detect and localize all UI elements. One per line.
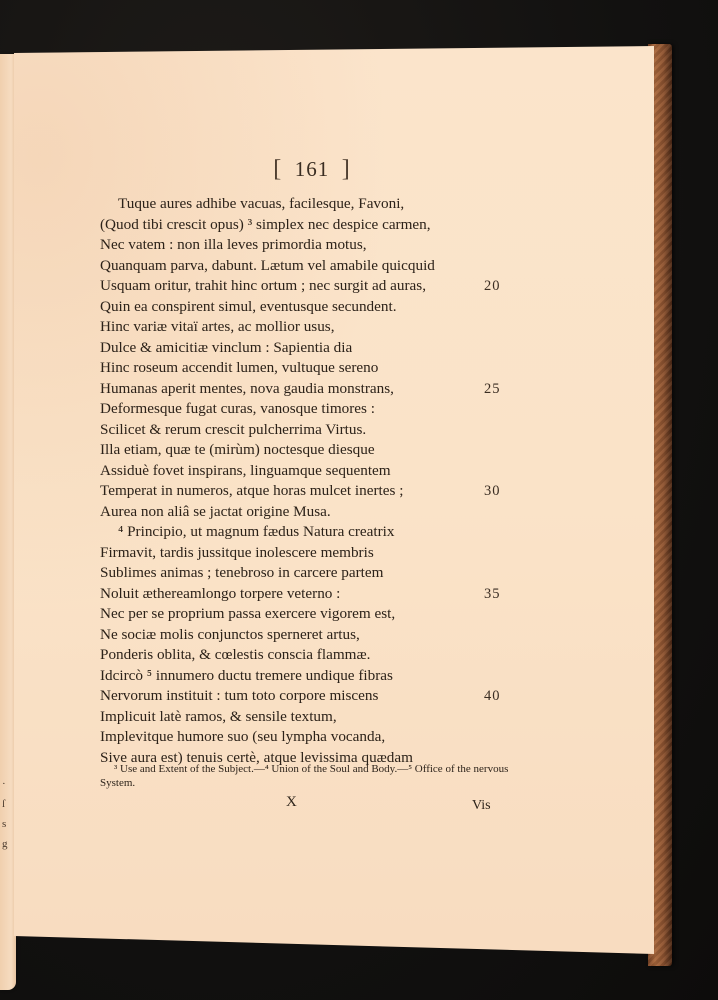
verse-line-text: (Quod tibi crescit opus) ³ simplex nec d… xyxy=(100,216,431,233)
verse-line: Usquam oritur, trahit hinc ortum ; nec s… xyxy=(100,276,580,297)
verse-line-text: Scilicet & rerum crescit pulcherrima Vir… xyxy=(100,421,366,438)
verse-line: Deformesque fugat curas, vanosque timore… xyxy=(100,399,580,420)
verse-line: Assiduè fovet inspirans, linguamque sequ… xyxy=(100,461,580,482)
verse-line: Illa etiam, quæ te (mirùm) noctesque die… xyxy=(100,440,580,461)
line-number: 20 xyxy=(484,276,501,297)
verse-body: Tuque aures adhibe vacuas, facilesque, F… xyxy=(100,194,580,768)
line-number: 25 xyxy=(484,379,501,400)
verse-line-text: Tuque aures adhibe vacuas, facilesque, F… xyxy=(118,195,404,212)
verse-line: (Quod tibi crescit opus) ³ simplex nec d… xyxy=(100,215,580,236)
verse-line: Quin ea conspirent simul, eventusque sec… xyxy=(100,297,580,318)
verse-line-text: Hinc variæ vitaï artes, ac mollior usus, xyxy=(100,318,335,335)
verse-line-text: Noluit æthereamlongo torpere veterno : xyxy=(100,585,340,602)
verse-line-text: Illa etiam, quæ te (mirùm) noctesque die… xyxy=(100,441,375,458)
verse-line-text: Aurea non aliâ se jactat origine Musa. xyxy=(100,503,331,520)
verse-line: Dulce & amicitiæ vinclum : Sapientia dia xyxy=(100,338,580,359)
verse-line-text: Ponderis oblita, & cœlestis conscia flam… xyxy=(100,646,370,663)
verse-line: Hinc variæ vitaï artes, ac mollior usus, xyxy=(100,317,580,338)
signature-mark: X xyxy=(286,794,297,811)
book-photo: ·ſsg [ 161 ] Tuque aures adhibe vacuas, … xyxy=(0,0,718,1000)
verse-line-text: Humanas aperit mentes, nova gaudia monst… xyxy=(100,380,394,397)
verse-line: ⁴ Principio, ut magnum fædus Natura crea… xyxy=(100,522,580,543)
verse-line-text: Sublimes animas ; tenebroso in carcere p… xyxy=(100,564,383,581)
bracket-open: [ xyxy=(273,156,282,182)
verse-line-text: Deformesque fugat curas, vanosque timore… xyxy=(100,400,375,417)
verse-line-text: Quanquam parva, dabunt. Lætum vel amabil… xyxy=(100,257,435,274)
page-number: [ 161 ] xyxy=(252,156,372,183)
verse-line-text: Assiduè fovet inspirans, linguamque sequ… xyxy=(100,462,391,479)
verse-line: Idcircò ⁵ innumero ductu tremere undique… xyxy=(100,666,580,687)
verse-line: Nec vatem : non illa leves primordia mot… xyxy=(100,235,580,256)
page-number-value: 161 xyxy=(295,157,330,181)
book-page: [ 161 ] Tuque aures adhibe vacuas, facil… xyxy=(14,46,654,954)
verse-line-text: Nervorum instituit : tum toto corpore mi… xyxy=(100,687,378,704)
verse-line-text: Implicuit latè ramos, & sensile textum, xyxy=(100,708,337,725)
verse-line: Noluit æthereamlongo torpere veterno :35 xyxy=(100,584,580,605)
verse-line: Implevitque humore suo (seu lympha vocan… xyxy=(100,727,580,748)
verse-line: Quanquam parva, dabunt. Lætum vel amabil… xyxy=(100,256,580,277)
verse-line: Scilicet & rerum crescit pulcherrima Vir… xyxy=(100,420,580,441)
verse-line: Tuque aures adhibe vacuas, facilesque, F… xyxy=(100,194,580,215)
verse-line-text: Nec per se proprium passa exercere vigor… xyxy=(100,605,395,622)
verse-line: Ponderis oblita, & cœlestis conscia flam… xyxy=(100,645,580,666)
line-number: 35 xyxy=(484,584,501,605)
verse-line: Aurea non aliâ se jactat origine Musa. xyxy=(100,502,580,523)
catchword: Vis xyxy=(472,798,491,814)
verse-line-text: Hinc roseum accendit lumen, vultuque ser… xyxy=(100,359,378,376)
verse-line-text: Idcircò ⁵ innumero ductu tremere undique… xyxy=(100,667,393,684)
verse-line-text: ⁴ Principio, ut magnum fædus Natura crea… xyxy=(118,523,395,540)
verse-line: Implicuit latè ramos, & sensile textum, xyxy=(100,707,580,728)
verse-line-text: Quin ea conspirent simul, eventusque sec… xyxy=(100,298,397,315)
previous-page-edge: ·ſsg xyxy=(0,54,16,990)
verse-line-text: Nec vatem : non illa leves primordia mot… xyxy=(100,236,367,253)
verse-line-text: Firmavit, tardis jussitque inolescere me… xyxy=(100,544,374,561)
verse-line-text: Dulce & amicitiæ vinclum : Sapientia dia xyxy=(100,339,352,356)
bracket-close: ] xyxy=(342,156,351,182)
verse-line-text: Temperat in numeros, atque horas mulcet … xyxy=(100,482,403,499)
verse-line: Nec per se proprium passa exercere vigor… xyxy=(100,604,580,625)
verse-line-text: Ne sociæ molis conjunctos sperneret artu… xyxy=(100,626,360,643)
verse-line: Sublimes animas ; tenebroso in carcere p… xyxy=(100,563,580,584)
verse-line: Hinc roseum accendit lumen, vultuque ser… xyxy=(100,358,580,379)
verse-line-text: Implevitque humore suo (seu lympha vocan… xyxy=(100,728,385,745)
previous-page-text-fragments: ·ſsg xyxy=(2,774,12,854)
line-number: 30 xyxy=(484,481,501,502)
verse-line-text: Usquam oritur, trahit hinc ortum ; nec s… xyxy=(100,277,426,294)
line-number: 40 xyxy=(484,686,501,707)
verse-line: Nervorum instituit : tum toto corpore mi… xyxy=(100,686,580,707)
verse-line: Firmavit, tardis jussitque inolescere me… xyxy=(100,543,580,564)
footnotes: ³ Use and Extent of the Subject.—⁴ Union… xyxy=(100,762,514,790)
verse-line: Ne sociæ molis conjunctos sperneret artu… xyxy=(100,625,580,646)
verse-line: Humanas aperit mentes, nova gaudia monst… xyxy=(100,379,580,400)
verse-line: Temperat in numeros, atque horas mulcet … xyxy=(100,481,580,502)
